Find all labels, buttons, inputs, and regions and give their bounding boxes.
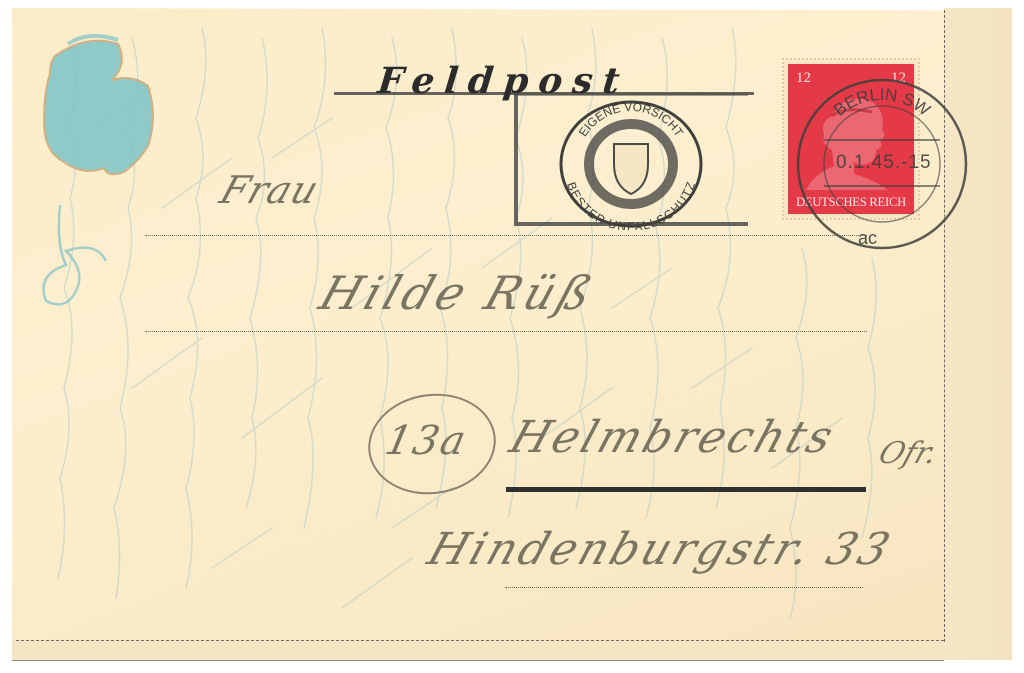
postmark-city: BERLIN SW xyxy=(830,85,934,120)
address-name: Hilde Rüß xyxy=(313,266,602,320)
address-postcode: 13a xyxy=(381,418,472,464)
address-region: Ofr. xyxy=(874,436,942,471)
envelope-bottom-strip xyxy=(12,640,944,661)
postmark-date: 0.1.45.-15 xyxy=(836,152,932,174)
perforation-horizontal xyxy=(16,640,944,641)
svg-text:BERLIN SW: BERLIN SW xyxy=(830,85,934,120)
address-line-3-bar xyxy=(506,487,866,492)
slogan-cancel-seal: EIGENE VORSICHT BESTER UNFALLSCHUTZ xyxy=(556,98,706,230)
postmark-code: ac xyxy=(858,228,877,249)
ink-scribble xyxy=(30,200,110,310)
ink-stain xyxy=(38,34,156,184)
address-line-2 xyxy=(145,331,867,332)
address-line-1 xyxy=(145,235,867,236)
address-salutation: Frau xyxy=(215,168,325,212)
address-line-4 xyxy=(505,587,863,588)
address-street: Hindenburgstr. 33 xyxy=(422,524,899,575)
address-town: Helmbrechts xyxy=(504,412,842,463)
